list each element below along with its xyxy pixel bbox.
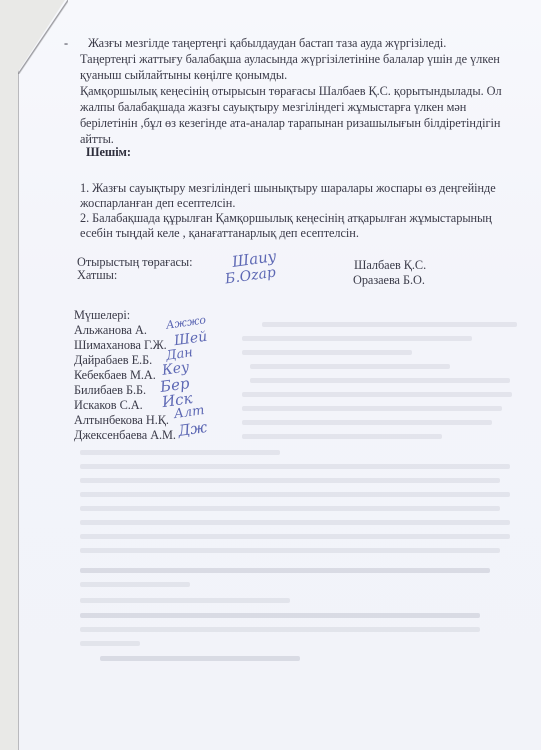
member-name: Дайрабаев Е.Б.	[74, 353, 152, 367]
bullet-dash: -	[64, 36, 68, 50]
member-name: Алтынбекова Н.Қ.	[74, 413, 169, 427]
paragraph-3-line-3: берілетінін ,бұл өз кезегінде ата-аналар…	[80, 116, 500, 130]
member-name: Билибаев Б.Б.	[74, 383, 146, 397]
secretary-label: Хатшы:	[77, 268, 117, 282]
member-name: Искаков С.А.	[74, 398, 143, 412]
decision-heading: Шешім:	[86, 145, 131, 159]
paragraph-1: Жазғы мезгілде таңертеңгі қабылдаудан ба…	[88, 36, 446, 50]
paragraph-3-line-1: Қамқоршылық кеңесінің отырысын төрағасы …	[80, 84, 502, 98]
member-name: Джексенбаева А.М.	[74, 428, 176, 442]
decision-2-line-2: есебін тыңдай келе , қанағаттанарлық деп…	[80, 226, 359, 240]
secretary-name: Оразаева Б.О.	[353, 273, 425, 287]
chair-name: Шалбаев Қ.С.	[354, 258, 426, 272]
decision-1-line-1: 1. Жазғы сауықтыру мезгіліндегі шынықтыр…	[80, 181, 496, 195]
member-name: Альжанова А.	[74, 323, 147, 337]
paragraph-2-line-2: қуаныш сыйлайтыны көңілге қонымды.	[80, 68, 287, 82]
member-name: Кебекбаев М.А.	[74, 368, 156, 382]
members-heading: Мүшелері:	[74, 308, 130, 322]
decision-1-line-2: жоспарланған деп есептелсін.	[80, 196, 235, 210]
decision-2-line-1: 2. Балабақшада құрылған Қамқоршылық кеңе…	[80, 211, 492, 225]
member-name: Шимаханова Г.Ж.	[74, 338, 167, 352]
paragraph-2-line-1: Таңертеңгі жаттығу балабақша ауласында ж…	[80, 52, 500, 66]
paragraph-3-line-2: жалпы балабақшада жазғы сауықтыру мезгіл…	[80, 100, 513, 114]
